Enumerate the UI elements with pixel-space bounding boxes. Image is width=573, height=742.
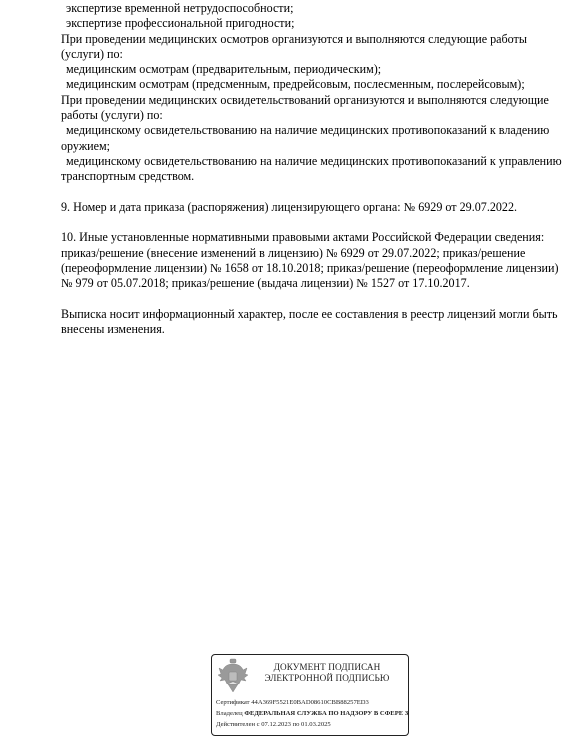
section-10-line: 10. Иные установленные нормативными прав… <box>61 230 561 245</box>
owner-label: Владелец <box>216 710 243 717</box>
section-10-line: приказ/решение (внесение изменений в лиц… <box>61 246 561 261</box>
section-10-line: № 979 от 05.07.2018; приказ/решение (выд… <box>61 276 561 291</box>
document-line: медицинскому освидетельствованию на нали… <box>61 154 561 169</box>
document-line: экспертизе временной нетрудоспособности; <box>61 1 561 16</box>
document-line: медицинским осмотрам (предварительным, п… <box>61 62 561 77</box>
document-line: медицинскому освидетельствованию на нали… <box>61 123 561 138</box>
certificate-value: 44A369F5521E0BAD08610CBB88257ED3 <box>251 699 369 706</box>
document-line: (услуги) по: <box>61 47 561 62</box>
russian-coat-of-arms-icon <box>217 658 249 694</box>
document-line: транспортным средством. <box>61 169 561 184</box>
electronic-signature-stamp: ДОКУМЕНТ ПОДПИСАН ЭЛЕКТРОННОЙ ПОДПИСЬЮ С… <box>211 654 409 736</box>
document-line: экспертизе профессиональной пригодности; <box>61 16 561 31</box>
document-line: работы (услуги) по: <box>61 108 561 123</box>
section-10-line: (переоформление лицензии) № 1658 от 18.1… <box>61 261 561 276</box>
validity-row: Действителен с 07.12.2023 по 01.03.2025 <box>216 721 331 729</box>
services-list: экспертизе временной нетрудоспособности;… <box>61 1 561 185</box>
document-line: медицинским осмотрам (предсменным, предр… <box>61 77 561 92</box>
disclaimer-note: Выписка носит информационный характер, п… <box>61 307 561 338</box>
stamp-title: ДОКУМЕНТ ПОДПИСАН ЭЛЕКТРОННОЙ ПОДПИСЬЮ <box>252 662 402 684</box>
document-line: При проведении медицинских осмотров орга… <box>61 32 561 47</box>
note-line: внесены изменения. <box>61 322 561 337</box>
note-line: Выписка носит информационный характер, п… <box>61 307 561 322</box>
document-line: оружием; <box>61 139 561 154</box>
stamp-title-line: ЭЛЕКТРОННОЙ ПОДПИСЬЮ <box>252 673 402 684</box>
certificate-row: Сертификат 44A369F5521E0BAD08610CBB88257… <box>216 699 369 707</box>
section-10-other-info: 10. Иные установленные нормативными прав… <box>61 230 561 291</box>
document-body: экспертизе временной нетрудоспособности;… <box>61 1 561 338</box>
document-page: экспертизе временной нетрудоспособности;… <box>0 0 573 742</box>
owner-row: Владелец ФЕДЕРАЛЬНАЯ СЛУЖБА ПО НАДЗОРУ В… <box>216 710 409 718</box>
section-9-order: 9. Номер и дата приказа (распоряжения) л… <box>61 200 561 215</box>
stamp-title-line: ДОКУМЕНТ ПОДПИСАН <box>252 662 402 673</box>
certificate-label: Сертификат <box>216 699 250 706</box>
document-line: При проведении медицинских освидетельств… <box>61 93 561 108</box>
owner-value: ФЕДЕРАЛЬНАЯ СЛУЖБА ПО НАДЗОРУ В СФЕРЕ ЗД… <box>244 710 409 717</box>
